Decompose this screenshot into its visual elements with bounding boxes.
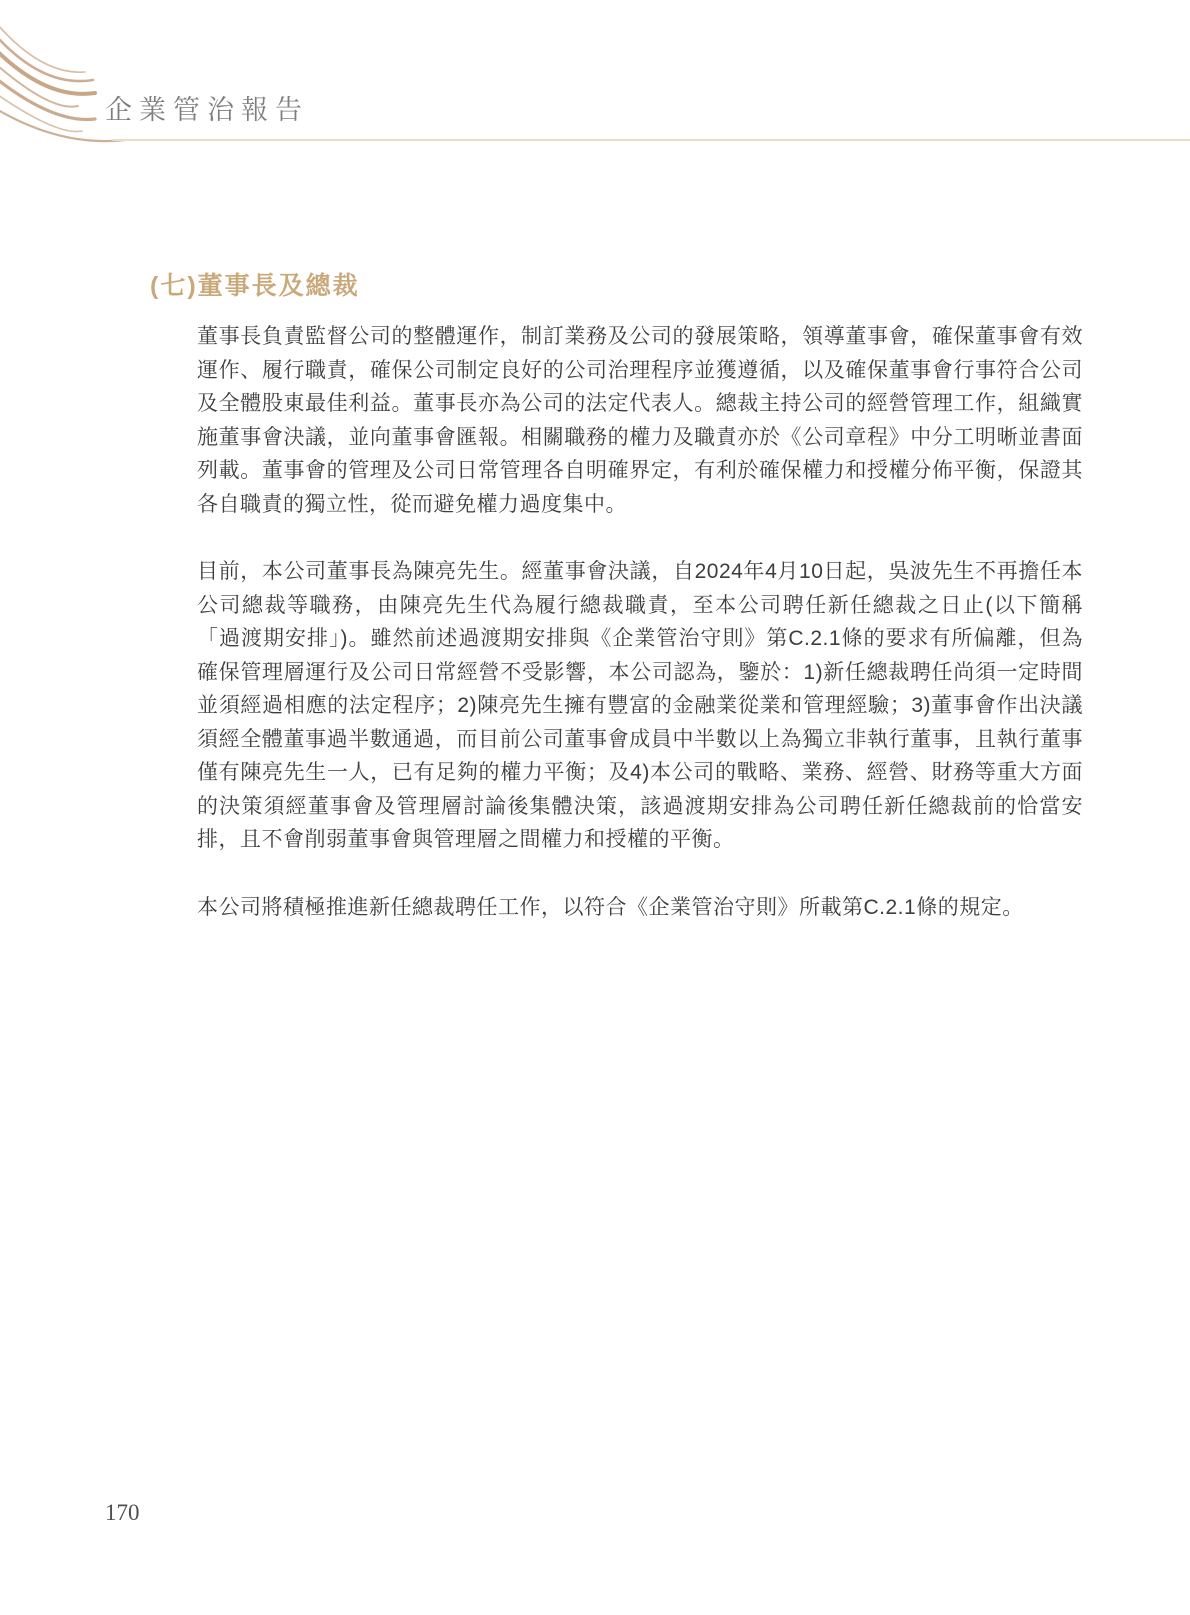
paragraph-new-president-plan: 本公司將積極推進新任總裁聘任工作，以符合《企業管治守則》所載第C.2.1條的規定… <box>197 891 1083 925</box>
page-header-title: 企業管治報告 <box>105 88 309 127</box>
page-number: 170 <box>105 1500 140 1526</box>
paragraph-chairman-duties: 董事長負責監督公司的整體運作，制訂業務及公司的發展策略，領導董事會，確保董事會有… <box>197 320 1083 521</box>
report-page: 企業管治報告 (七)董事長及總裁 董事長負責監督公司的整體運作，制訂業務及公司的… <box>0 0 1190 1615</box>
swoosh-arcs-decoration <box>0 0 300 160</box>
section-heading: (七)董事長及總裁 <box>150 266 1083 302</box>
report-body: (七)董事長及總裁 董事長負責監督公司的整體運作，制訂業務及公司的發展策略，領導… <box>197 266 1083 958</box>
header-divider-line <box>112 139 1190 141</box>
paragraph-transition-arrangement: 目前，本公司董事長為陳亮先生。經董事會決議，自2024年4月10日起，吳波先生不… <box>197 555 1083 857</box>
